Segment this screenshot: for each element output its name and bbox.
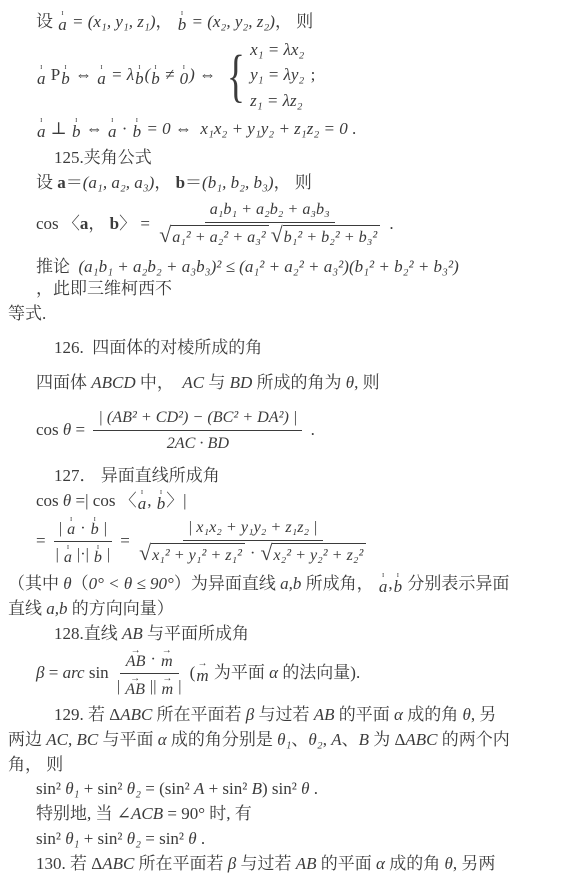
text-run: · — [76, 518, 89, 539]
vector-symbol: ɪb — [151, 64, 160, 88]
text-run: 推论 — [36, 256, 74, 278]
text-run: = 90° 时, 有 — [163, 803, 252, 825]
text-run: 两边 — [8, 729, 46, 751]
text-run: 〉 = — [119, 213, 154, 235]
text-run: . — [197, 828, 206, 850]
vector-arrow-symbol: →m — [161, 676, 173, 699]
vector-symbol: ɪa — [58, 10, 67, 34]
text-run: || — [146, 676, 161, 697]
math-italic-run: ABC — [102, 853, 134, 875]
math-italic-run: β — [246, 704, 254, 726]
math-italic-run: b₁² + b₂² + b₃² — [284, 227, 378, 248]
item-129-line-2: 两边 AC, BC 与平面 α 成的角分别是 θ₁、θ₂, A、B 为 ΔABC… — [8, 729, 556, 752]
text-run: + sin² — [79, 828, 126, 850]
vector-symbol: ɪa — [37, 64, 46, 88]
math-italic-run: m — [196, 667, 208, 685]
radical: √a₁² + a₂² + a₃² — [159, 225, 268, 248]
text-run: | — [59, 518, 66, 539]
math-italic-run: θ — [188, 828, 196, 850]
math-italic-run: 0° < θ ≤ 90° — [89, 573, 174, 595]
text-run: 、 — [291, 729, 308, 751]
math-italic-run: ≠ — [161, 64, 179, 86]
cos-angle-formula: cos 〈a， b〉 = a₁b₁ + a₂b₂ + a₃b₃√a₁² + a₂… — [8, 197, 556, 251]
math-italic-run: θ₁ — [277, 729, 291, 751]
math-italic-run: ACB — [131, 803, 163, 825]
text-run: 与平面 — [98, 729, 158, 751]
text-run: sin — [85, 662, 113, 684]
line-plane-angle-formula: β = arc sin →AB · →m| →AB || →m | (→m 为平… — [8, 646, 556, 701]
text-run: ＝ — [185, 172, 202, 194]
math-italic-run: AB — [125, 682, 145, 699]
vector-symbol: ɪa — [64, 544, 72, 567]
math-italic-run: | x₁x₂ + y₁y₂ + z₁z₂ | — [188, 517, 318, 538]
text-run: cos — [36, 490, 63, 512]
math-italic-run: (a₁, a₂, a₃) — [83, 172, 155, 194]
fraction: | x₁x₂ + y₁y₂ + z₁z₂ |√x₁² + y₁² + z₁² ·… — [138, 517, 367, 567]
math-italic-run: θ₂ — [308, 729, 322, 751]
text-run: 129. 若 Δ — [54, 704, 120, 726]
text-run: . — [385, 213, 394, 235]
math-bold-run: b — [110, 213, 119, 235]
skew-lines-note-2: 直线 a,b 的方向向量） — [8, 598, 556, 621]
vector-symbol: ɪb — [72, 117, 81, 141]
text-run: 〉| — [166, 490, 186, 512]
math-italic-run: θ — [301, 778, 309, 800]
math-italic-run: θ₁ — [65, 828, 79, 850]
math-italic-run: y₁ = λy₂ — [250, 64, 304, 86]
vector-symbol: ɪb — [91, 516, 99, 539]
tetrahedron-setup: 四面体 ABCD 中， AC 与 BD 所成的角为 θ, 则 — [8, 372, 556, 395]
text-run: = — [44, 662, 62, 684]
text-run: ， 则 — [274, 172, 312, 194]
math-italic-run: = λ — [107, 64, 134, 86]
text-run: ⊥ — [47, 118, 72, 140]
text-run: 128.直线 — [54, 623, 122, 645]
text-run: | — [56, 544, 63, 565]
math-italic-run: ABC — [120, 704, 152, 726]
text-run: ， — [154, 172, 175, 194]
text-run: 与 — [204, 372, 230, 394]
text-run: cos — [36, 419, 63, 441]
math-italic-run: a₁² + a₂² + a₃² — [172, 227, 266, 248]
math-italic-run: θ₁ — [65, 778, 79, 800]
math-italic-run: x₂² + y₂² + z₂² — [273, 545, 363, 566]
text-run: 的法向量). — [278, 662, 360, 684]
text-run: , — [323, 729, 332, 751]
math-italic-run: AB — [126, 654, 146, 671]
math-bold-run: b — [176, 172, 185, 194]
text-run: 设 — [36, 11, 57, 33]
corollary-cauchy-cont: 等式. — [8, 303, 556, 326]
text-run: ⇔ — [171, 118, 197, 140]
math-italic-run: (a₁b₁ + a₂b₂ + a₃b₃)² ≤ (a₁² + a₂² + a₃²… — [74, 256, 458, 278]
vector-arrow-symbol: →AB — [126, 648, 146, 671]
vector-symbol: ɪb — [61, 64, 70, 88]
text-run: 所成的角为 — [252, 372, 346, 394]
perpendicular-condition: ɪa ⊥ ɪb ⇔ ɪa · ɪb = 0 ⇔ x₁x₂ + y₁y₂ + z₁… — [8, 117, 556, 141]
skew-lines-note-1: （其中 θ（0° < θ ≤ 90°）为异面直线 a,b 所成角， ɪa,ɪb … — [8, 572, 556, 596]
vector-symbol: ɪa — [37, 117, 46, 141]
math-italic-run: = 0 — [142, 118, 170, 140]
sin-squared-identity: sin² θ₁ + sin² θ₂ = (sin² A + sin² B) si… — [8, 778, 556, 801]
text-run: = — [36, 530, 50, 552]
text-run: cos 〈 — [36, 213, 80, 235]
math-italic-run: α — [269, 662, 278, 684]
text-run: ; — [306, 64, 315, 86]
radical: √x₂² + y₂² + z₂² — [260, 543, 366, 566]
text-run: + sin² — [204, 778, 251, 800]
text-run: 130. 若 Δ — [36, 853, 102, 875]
math-italic-run: α — [376, 853, 385, 875]
math-notes-page: 设 ɪa = (x₁, y₁, z₁)， ɪb = (x₂, y₂, z₂)， … — [0, 0, 562, 876]
math-italic-run: m — [161, 654, 173, 671]
text-run: 与平面所成角 — [143, 623, 249, 645]
vector-arrow-symbol: →m — [196, 661, 208, 685]
text-run: 成的角 — [403, 704, 463, 726]
math-italic-run: θ — [444, 853, 452, 875]
math-italic-run: a,b — [46, 598, 67, 620]
text-run: 等式. — [8, 303, 46, 325]
skew-lines-cos-1: cos θ =| cos 〈ɪa, ɪb〉| — [8, 489, 556, 513]
math-italic-run: θ — [63, 490, 71, 512]
vector-symbol: ɪb — [133, 117, 142, 141]
skew-lines-cos-2: = | ɪa · ɪb || ɪa |·| ɪb | = | x₁x₂ + y₁… — [8, 514, 556, 569]
text-run: , — [147, 490, 156, 512]
heading-125: 125.夹角公式 — [8, 147, 556, 170]
vector-arrow-symbol: →m — [161, 648, 173, 671]
sqrt-icon: √ — [271, 225, 283, 246]
text-run: ⇔ — [71, 64, 97, 86]
text-run: ）为异面直线 — [174, 573, 280, 595]
math-bold-run: a — [80, 213, 89, 235]
text-run: = (sin² — [141, 778, 194, 800]
text-run: , — [68, 729, 77, 751]
tetrahedron-cos-formula: cos θ = | (AB² + CD²) − (BC² + DA²) |2AC… — [8, 405, 556, 457]
text-run: . — [348, 118, 357, 140]
text-run: 特别地, 当 ∠ — [36, 803, 131, 825]
vector-symbol: ɪa — [108, 117, 117, 141]
heading-127: 127． 异面直线所成角 — [8, 465, 556, 488]
math-italic-run: A — [331, 729, 341, 751]
sqrt-icon: √ — [260, 543, 272, 564]
radical: √b₁² + b₂² + b₃² — [271, 225, 380, 248]
text-run: P — [47, 64, 61, 86]
text-run: 直线 — [8, 598, 46, 620]
text-run: ( — [185, 662, 195, 684]
heading-128: 128.直线 AB 与平面所成角 — [8, 623, 556, 646]
math-italic-run: θ — [462, 704, 470, 726]
text-run: ) sin² — [262, 778, 301, 800]
text-run: = sin² — [141, 828, 188, 850]
text-run: |·| — [73, 544, 93, 565]
math-italic-run: AB — [296, 853, 317, 875]
text-run: . — [309, 778, 318, 800]
text-run: 为平面 — [210, 662, 270, 684]
text-run: | — [174, 676, 181, 697]
text-run: 成的角 — [385, 853, 445, 875]
math-italic-run: ( — [145, 64, 151, 86]
math-italic-run: A — [194, 778, 204, 800]
text-run: 的平面 — [317, 853, 377, 875]
math-italic-run: arc — [63, 662, 85, 684]
math-italic-run: θ₂ — [127, 778, 141, 800]
math-italic-run: θ — [63, 573, 71, 595]
text-run: （ — [72, 573, 89, 595]
math-italic-run: x₁² + y₁² + z₁² — [152, 545, 242, 566]
text-run: 中， — [136, 372, 183, 394]
corollary-cauchy: 推论 (a₁b₁ + a₂b₂ + a₃b₃)² ≤ (a₁² + a₂² + … — [8, 256, 556, 301]
math-italic-run: (b₁, b₂, b₃) — [202, 172, 274, 194]
text-run: 125.夹角公式 — [54, 147, 152, 169]
sqrt-icon: √ — [139, 543, 151, 564]
text-run: = — [71, 419, 89, 441]
text-run: ， 则 — [275, 11, 313, 33]
text-run: 所成角， — [301, 573, 378, 595]
setup-vectors-xyz: 设 ɪa = (x₁, y₁, z₁)， ɪb = (x₂, y₂, z₂)， … — [8, 10, 556, 34]
text-run: sin² — [36, 778, 65, 800]
text-run: = — [116, 530, 134, 552]
math-italic-run: θ — [63, 419, 71, 441]
math-bold-run: a — [57, 172, 66, 194]
text-run: ，此即三维柯西不 — [36, 278, 172, 300]
text-run: 的方向向量） — [68, 598, 174, 620]
sqrt-icon: √ — [159, 225, 171, 246]
math-italic-run: β — [228, 853, 236, 875]
math-italic-run: m — [161, 682, 173, 699]
math-italic-run: AB — [314, 704, 335, 726]
math-italic-run: BC — [76, 729, 98, 751]
fraction: →AB · →m| →AB || →m | — [117, 648, 181, 699]
text-run: =| cos 〈 — [71, 490, 136, 512]
text-run: + sin² — [79, 778, 126, 800]
math-italic-run: a,b — [280, 573, 301, 595]
sin-squared-special: sin² θ₁ + sin² θ₂ = sin² θ . — [8, 828, 556, 851]
text-run: 角， 则 — [8, 754, 63, 776]
vector-symbol: ɪb — [157, 489, 166, 513]
text-run: , — [388, 573, 392, 595]
equation-system: {x₁ = λx₂y₁ = λy₂z₁ = λz₂ — [222, 39, 304, 112]
brace-icon: { — [227, 48, 245, 103]
math-italic-run: β — [36, 662, 44, 684]
math-italic-run: B — [359, 729, 369, 751]
special-case-note: 特别地, 当 ∠ACB = 90° 时, 有 — [8, 803, 556, 826]
math-italic-run: ABC — [405, 729, 437, 751]
vector-symbol: ɪb — [135, 64, 144, 88]
text-run: 与过若 — [236, 853, 296, 875]
fraction: | (AB² + CD²) − (BC² + DA²) |2AC · BD — [93, 407, 302, 455]
text-run: 与过若 — [254, 704, 314, 726]
text-run: · — [246, 543, 259, 564]
text-run: 126. 四面体的对棱所成的角 — [54, 337, 262, 359]
vector-symbol: ɪ0 — [180, 64, 189, 88]
item-129-line-1: 129. 若 ΔABC 所在平面若 β 与过若 AB 的平面 α 成的角 θ, … — [8, 704, 556, 727]
math-italic-run: θ — [346, 372, 354, 394]
math-italic-run: AC — [182, 372, 204, 394]
vector-arrow-symbol: →AB — [125, 676, 145, 699]
text-run: 设 — [36, 172, 57, 194]
heading-126: 126. 四面体的对棱所成的角 — [8, 337, 556, 360]
text-run: 、 — [342, 729, 359, 751]
math-italic-run: AC — [46, 729, 68, 751]
text-run: | — [103, 544, 110, 565]
text-run: | — [100, 518, 107, 539]
fraction: | ɪa · ɪb || ɪa |·| ɪb | — [54, 516, 112, 567]
math-italic-run: = (x₁, y₁, z₁) — [68, 11, 156, 33]
text-run: ⇔ — [195, 64, 221, 86]
math-italic-run: α — [158, 729, 167, 751]
text-run: ， — [155, 11, 176, 33]
text-run: , 另 — [471, 704, 497, 726]
text-run: | — [117, 676, 124, 697]
text-run: 所在平面若 — [134, 853, 228, 875]
math-italic-run: a₁b₁ + a₂b₂ + a₃b₃ — [210, 199, 330, 220]
fraction: a₁b₁ + a₂b₂ + a₃b₃√a₁² + a₂² + a₃²√b₁² +… — [158, 199, 381, 249]
setup-vectors-abc: 设 a＝(a₁, a₂, a₃)， b＝(b₁, b₂, b₃)， 则 — [8, 172, 556, 195]
text-run: ， — [88, 213, 109, 235]
text-run: 四面体 — [36, 372, 91, 394]
text-run: 的两个内 — [438, 729, 510, 751]
math-italic-run: ABCD — [91, 372, 135, 394]
text-run: · — [118, 118, 132, 140]
math-italic-run: BD — [230, 372, 253, 394]
parallel-condition: ɪa Pɪb ⇔ ɪa = λɪb(ɪb ≠ ɪ0) ⇔ {x₁ = λx₂y₁… — [8, 39, 556, 112]
math-italic-run: | (AB² + CD²) − (BC² + DA²) | — [98, 407, 297, 428]
vector-symbol: ɪa — [67, 516, 75, 539]
text-run: 分别表示异面 — [403, 573, 509, 595]
math-italic-run: θ₂ — [127, 828, 141, 850]
math-italic-run: = (x₂, y₂, z₂) — [187, 11, 275, 33]
text-run: , 另两 — [453, 853, 496, 875]
math-italic-run: AB — [122, 623, 143, 645]
text-run: . — [306, 419, 315, 441]
text-run: ⇔ — [82, 118, 108, 140]
vector-symbol: ɪb — [94, 544, 102, 567]
math-italic-run: α — [394, 704, 403, 726]
vector-symbol: ɪb — [394, 572, 403, 596]
text-run: , 则 — [354, 372, 380, 394]
math-italic-run: z₁ = λz₂ — [250, 90, 302, 112]
text-run: · — [146, 649, 159, 670]
vector-symbol: ɪa — [379, 572, 388, 596]
text-run: sin² — [36, 828, 65, 850]
radical: √x₁² + y₁² + z₁² — [139, 543, 245, 566]
item-130-line-1: 130. 若 ΔABC 所在平面若 β 与过若 AB 的平面 α 成的角 θ, … — [8, 853, 556, 876]
vector-symbol: ɪb — [178, 10, 187, 34]
text-run: 所在平面若 — [152, 704, 246, 726]
text-run: 成的角分别是 — [167, 729, 278, 751]
text-run: 的平面 — [335, 704, 395, 726]
text-run: （其中 — [8, 573, 63, 595]
vector-symbol: ɪa — [97, 64, 106, 88]
math-italic-run: B — [252, 778, 262, 800]
vector-symbol: ɪa — [138, 489, 147, 513]
text-run: 为 Δ — [369, 729, 405, 751]
math-italic-run: x₁ = λx₂ — [250, 39, 304, 61]
text-run: 127． 异面直线所成角 — [54, 465, 220, 487]
item-129-line-3: 角， 则 — [8, 754, 556, 777]
math-italic-run: x₁x₂ + y₁y₂ + z₁z₂ = 0 — [196, 118, 348, 140]
math-italic-run: 2AC · BD — [167, 433, 229, 454]
text-run: ＝ — [66, 172, 83, 194]
